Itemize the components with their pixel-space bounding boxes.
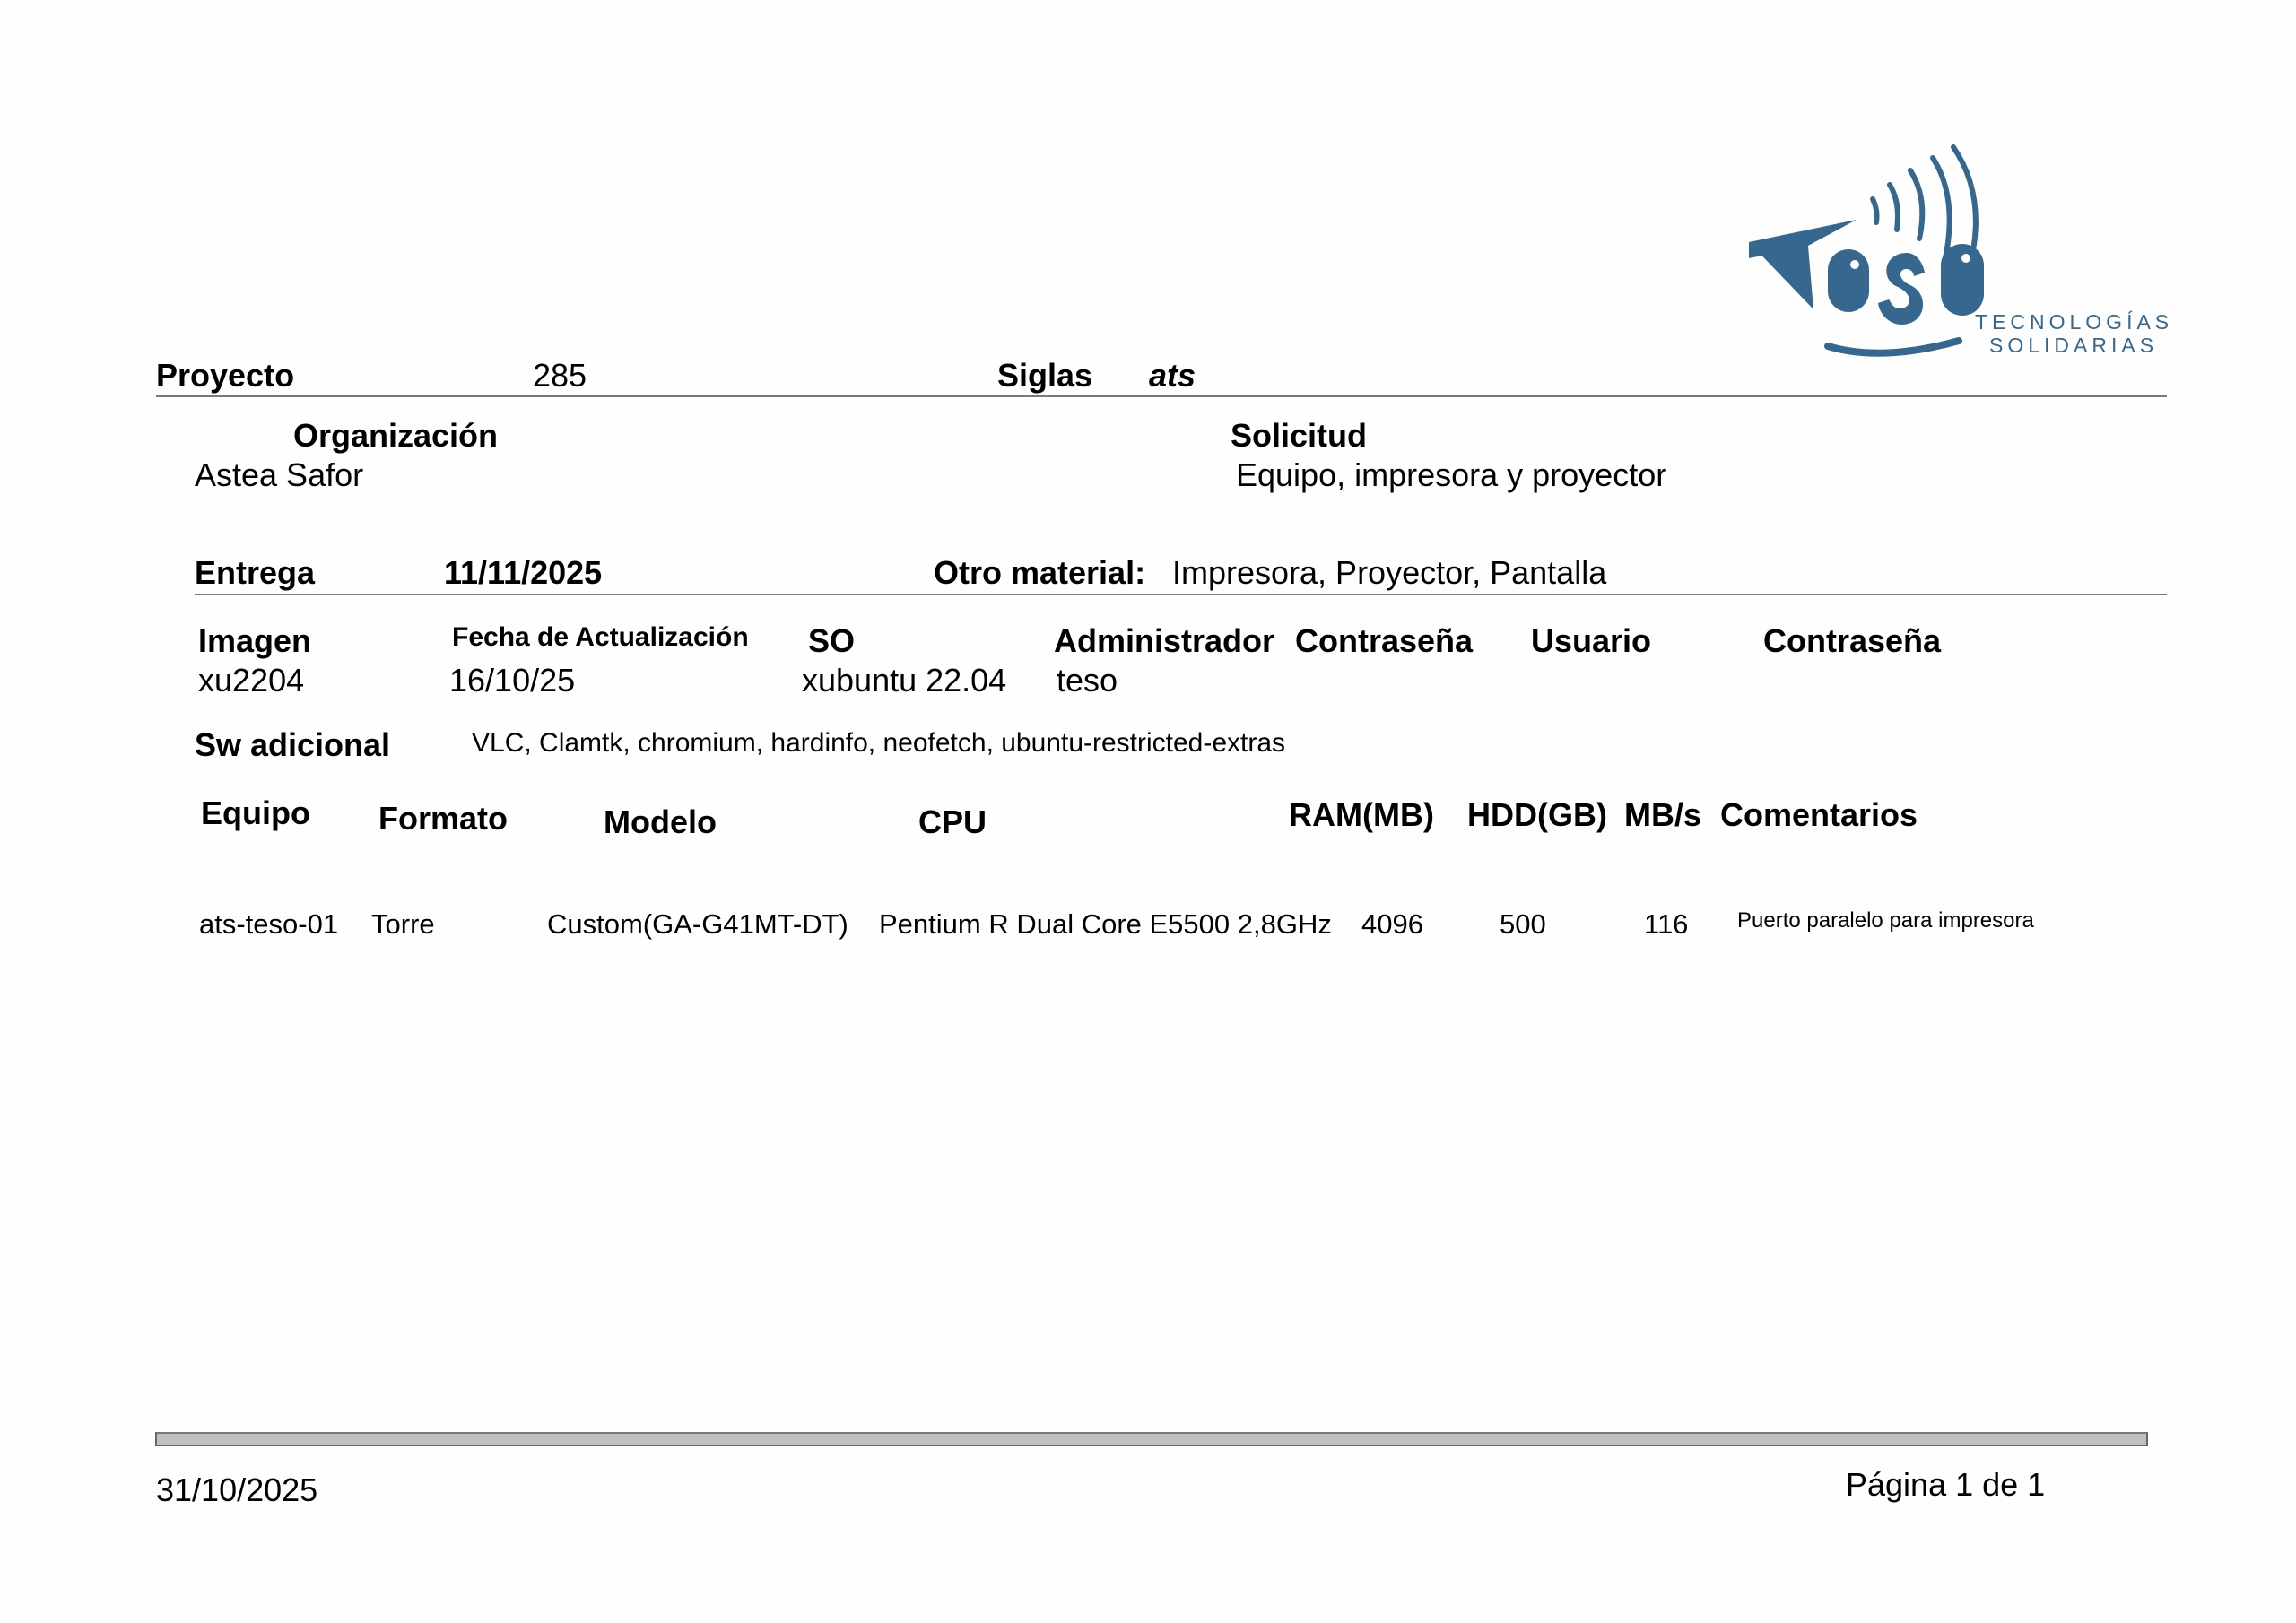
solicitud-label: Solicitud [1231, 417, 1367, 455]
col-header-mbs: MB/s [1624, 796, 1701, 834]
cell-equipo: ats-teso-01 [199, 908, 338, 941]
cell-hdd: 500 [1500, 908, 1546, 941]
cell-formato: Torre [371, 908, 435, 941]
fecha-value: 16/10/25 [449, 662, 575, 699]
contrasena-admin-header: Contraseña [1295, 622, 1473, 660]
cell-mbs: 116 [1644, 908, 1688, 941]
logo-line2: SOLIDARIAS [1989, 334, 2158, 358]
contrasena-usuario-header: Contraseña [1763, 622, 1941, 660]
header-divider [156, 395, 2167, 397]
col-header-hdd: HDD(GB) [1467, 796, 1607, 834]
sw-adicional-label: Sw adicional [195, 726, 390, 764]
siglas-value: ats [1149, 357, 1196, 395]
so-value: xubuntu 22.04 [802, 662, 1006, 699]
administrador-value: teso [1057, 662, 1118, 699]
cell-comentarios: Puerto paralelo para impresora [1737, 908, 2034, 933]
footer-page-number: Página 1 de 1 [1846, 1466, 2045, 1504]
footer-date: 31/10/2025 [156, 1471, 317, 1509]
entrega-value: 11/11/2025 [444, 554, 602, 592]
fecha-header: Fecha de Actualización [452, 622, 749, 653]
organizacion-value: Astea Safor [195, 456, 363, 494]
solicitud-value: Equipo, impresora y proyector [1236, 456, 1666, 494]
so-header: SO [808, 622, 855, 660]
usuario-header: Usuario [1531, 622, 1651, 660]
cell-ram: 4096 [1361, 908, 1423, 941]
proyecto-value: 285 [533, 357, 587, 395]
entrega-divider [195, 594, 2167, 595]
cell-modelo: Custom(GA-G41MT-DT) [547, 908, 848, 941]
col-header-cpu: CPU [918, 803, 987, 841]
col-header-formato: Formato [378, 800, 508, 838]
entrega-label: Entrega [195, 554, 315, 592]
administrador-header: Administrador [1054, 622, 1274, 660]
logo-line1: TECNOLOGÍAS [1975, 310, 2173, 334]
col-header-modelo: Modelo [604, 803, 717, 841]
footer-bar [155, 1432, 2148, 1446]
organizacion-label: Organización [293, 417, 498, 455]
col-header-comentarios: Comentarios [1720, 796, 1918, 834]
teso-logo: TECNOLOGÍAS SOLIDARIAS [1731, 135, 2161, 368]
sw-adicional-value: VLC, Clamtk, chromium, hardinfo, neofetc… [472, 728, 1285, 759]
col-header-equipo: Equipo [201, 794, 310, 832]
imagen-value: xu2204 [198, 662, 304, 699]
otro-material-label: Otro material: [934, 554, 1145, 592]
col-header-ram: RAM(MB) [1289, 796, 1434, 834]
imagen-header: Imagen [198, 622, 311, 660]
cell-cpu: Pentium R Dual Core E5500 2,8GHz [879, 908, 1332, 941]
siglas-label: Siglas [997, 357, 1092, 395]
proyecto-label: Proyecto [156, 357, 294, 395]
otro-material-value: Impresora, Proyector, Pantalla [1172, 554, 1606, 592]
